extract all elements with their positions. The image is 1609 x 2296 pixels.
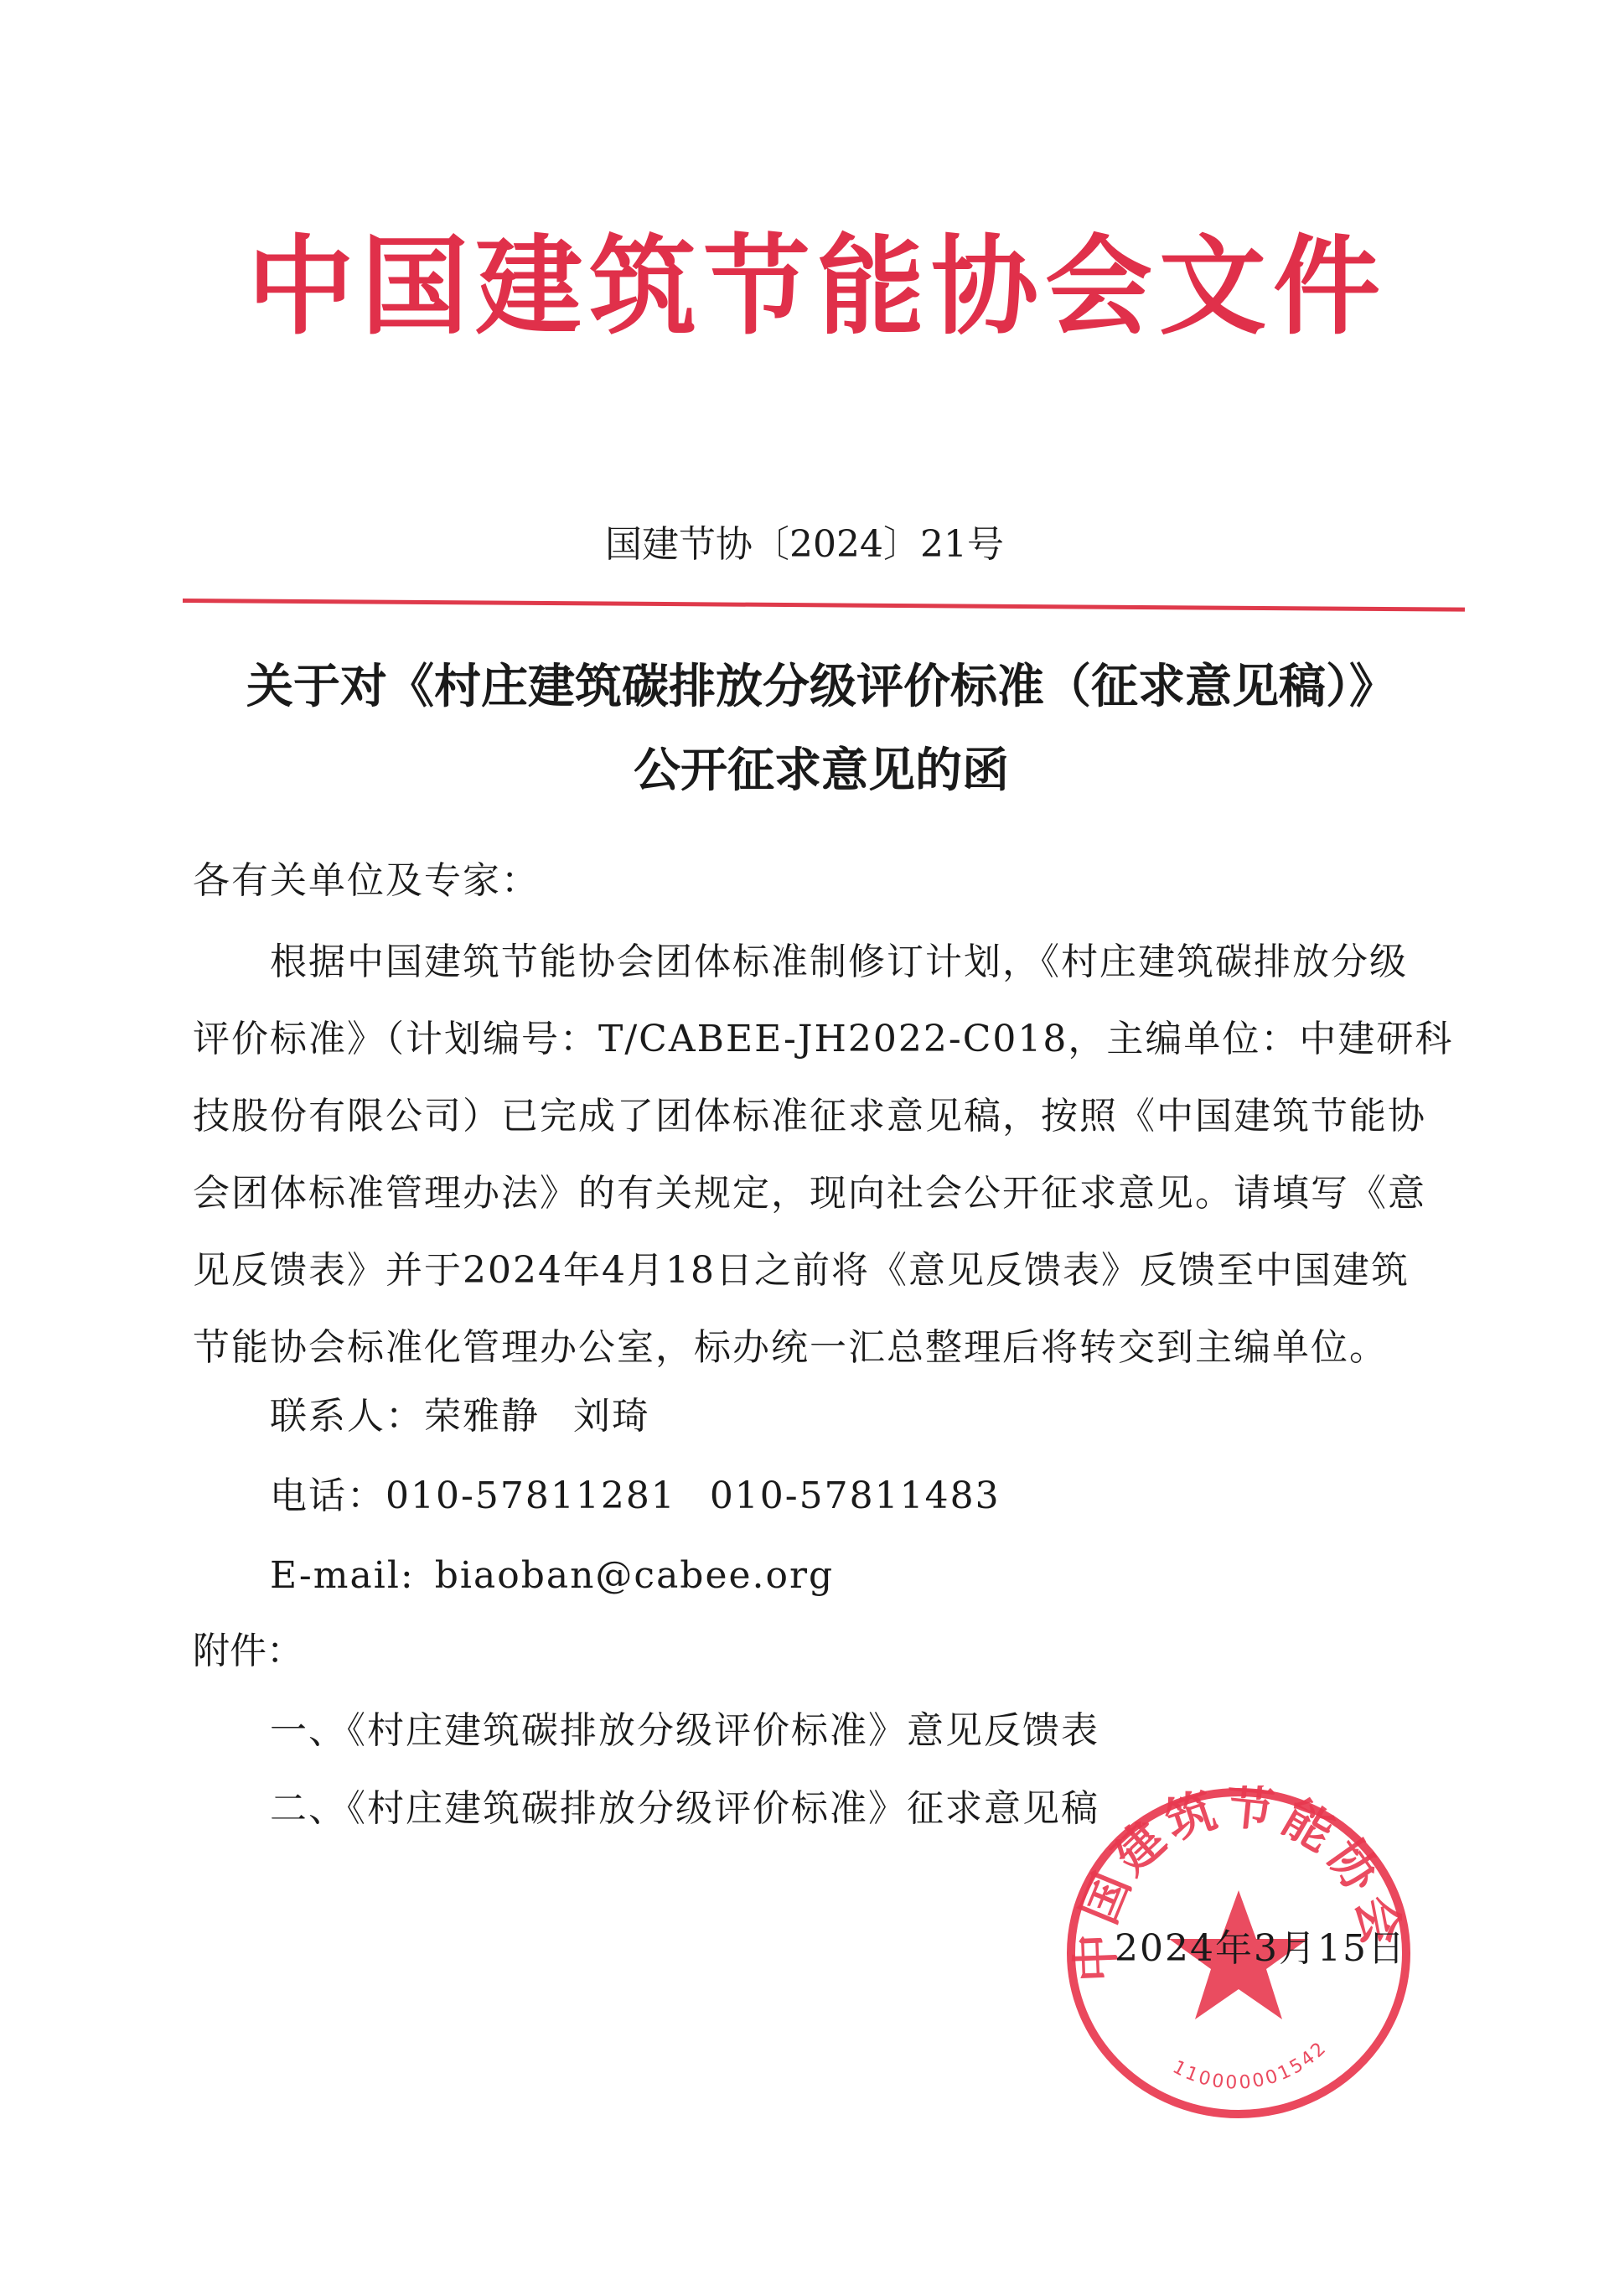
- contact-person-1: 荣雅静: [424, 1395, 540, 1438]
- paragraph-line: 根据中国建筑节能协会团体标准制修订计划，《村庄建筑碳排放分级: [193, 924, 1441, 1001]
- attachment-item-1: 一、《村庄建筑碳排放分级评价标准》意见反馈表: [270, 1697, 1099, 1765]
- masthead-title: 中国建筑节能协会文件: [180, 225, 1454, 350]
- document-number: 国建节协〔2024〕21号: [503, 511, 1106, 578]
- contact-person-label: 联系人：: [270, 1395, 424, 1438]
- paragraph-line: 评价标准》（计划编号：T/CABEE-JH2022-C018，主编单位：中建研科: [193, 1001, 1441, 1078]
- paragraph-line: 节能协会标准化管理办公室，标办统一汇总整理后将转交到主编单位。: [193, 1309, 1441, 1386]
- document-page: 中国建筑节能协会文件 国建节协〔2024〕21号 关于对《村庄建筑碳排放分级评价…: [0, 0, 1609, 2296]
- signature-date: 2024年3月15日: [1115, 1915, 1406, 1982]
- phone-number-1: 010-57811281: [385, 1475, 676, 1517]
- salutation: 各有关单位及专家：: [193, 842, 1441, 920]
- email-label: E-mail:: [270, 1554, 415, 1597]
- paragraph-line: 技股份有限公司）已完成了团体标准征求意见稿，按照《中国建筑节能协: [193, 1078, 1441, 1155]
- document-title-line-2: 公开征求意见的函: [168, 738, 1475, 805]
- red-divider-line: [183, 599, 1465, 612]
- contact-email: E-mail:biaoban@cabee.org: [270, 1542, 834, 1609]
- contact-persons: 联系人：荣雅静刘琦: [270, 1383, 650, 1450]
- phone-label: 电话：: [270, 1475, 385, 1517]
- paragraph-line: 见反馈表》并于2024年4月18日之前将《意见反馈表》反馈至中国建筑: [193, 1232, 1441, 1309]
- paragraph-line: 会团体标准管理办法》的有关规定，现向社会公开征求意见。请填写《意: [193, 1155, 1441, 1232]
- contact-phones: 电话：010-57811281010-57811483: [270, 1463, 1001, 1530]
- email-address: biaoban@cabee.org: [435, 1554, 835, 1597]
- attachment-item-2: 二、《村庄建筑碳排放分级评价标准》征求意见稿: [270, 1775, 1099, 1843]
- phone-number-2: 010-57811483: [710, 1475, 1001, 1517]
- body-paragraph: 根据中国建筑节能协会团体标准制修订计划，《村庄建筑碳排放分级 评价标准》（计划编…: [193, 924, 1441, 1386]
- document-title-line-1: 关于对《村庄建筑碳排放分级评价标准（征求意见稿）》: [168, 654, 1475, 721]
- attachments-label: 附件：: [193, 1618, 303, 1685]
- contact-person-2: 刘琦: [573, 1395, 650, 1438]
